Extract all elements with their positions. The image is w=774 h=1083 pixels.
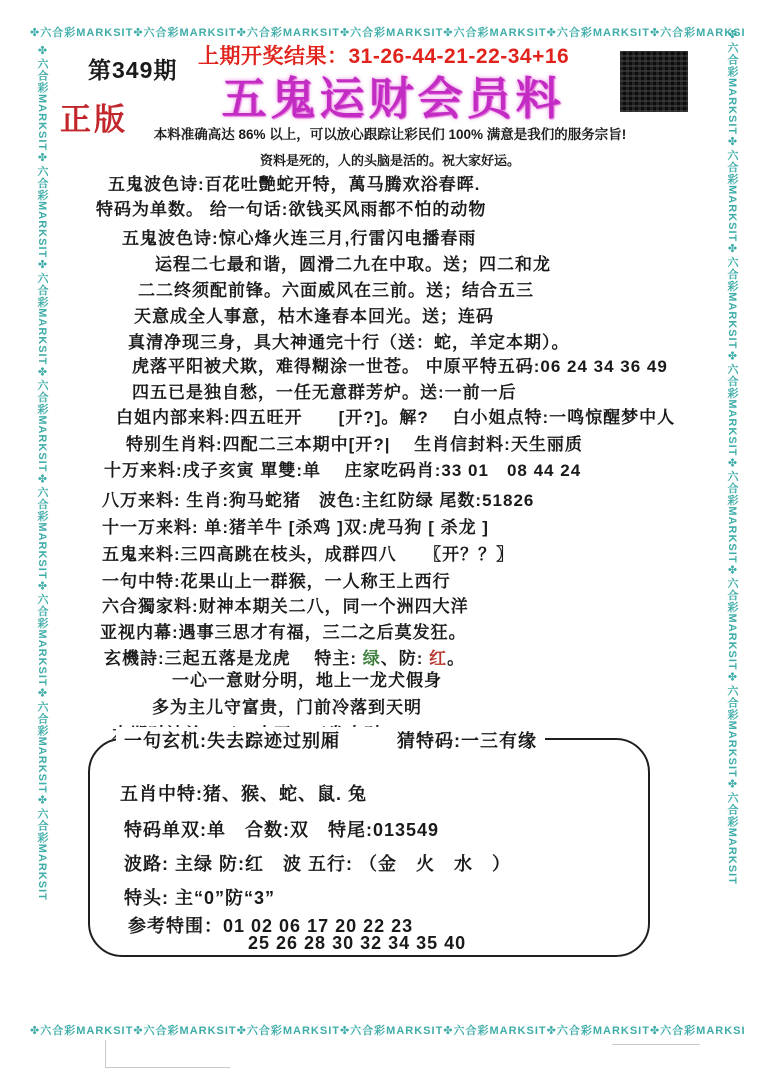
body-line: 亚视内幕:遇事三思才有福，三二之后莫发狂。 — [100, 618, 467, 643]
body-line: 五鬼波色诗:百花吐艷蛇开特，萬马腾欢浴春晖. — [108, 170, 480, 195]
body-line: 十一万来料: 单:猪羊牛 [杀鸡 ]双:虎马狗 [ 杀龙 ] — [102, 513, 489, 538]
five-zodiac-line: 五肖中特:猪、猴、蛇、鼠. 兔 — [120, 780, 367, 806]
watermark-border-right: ✤六合彩MARKSIT✤六合彩MARKSIT✤六合彩MARKSIT✤六合彩MAR… — [720, 28, 740, 1018]
reference-numbers-line2: 25 26 28 30 32 34 35 40 — [248, 933, 466, 954]
body-line: 八万来料: 生肖:狗马蛇猪 波色:主红防绿 尾数:51826 — [102, 486, 534, 511]
body-line: 虎落平阳被犬欺，难得糊涂一世苍。 中原平特五码:06 24 34 36 49 — [132, 352, 668, 377]
body-line: 多为主儿守富贵，门前冷落到天明 — [152, 693, 422, 718]
body-line-segment: 。 — [447, 649, 465, 668]
scan-artifact-line — [612, 1044, 700, 1045]
body-line: 六合獨家料:财神本期关二八，同一个洲四大洋 — [102, 592, 469, 617]
watermark-border-left: ✤六合彩MARKSIT✤六合彩MARKSIT✤六合彩MARKSIT✤六合彩MAR… — [30, 44, 50, 1016]
body-line: 四五已是独自愁，一任无意群芳炉。送:一前一后 — [132, 378, 517, 403]
body-line: 十万来料:戌子亥寅 單雙:单 庄家吃码肖:33 01 08 44 24 — [104, 456, 581, 481]
body-line: 特别生肖料:四配二三本期中[开?| 生肖信封料:天生丽质 — [126, 430, 583, 455]
body-line: 二二终须配前锋。六面威风在三前。送；结合五三 — [138, 276, 534, 301]
body-line: 一句中特:花果山上一群猴，一人称王上西行 — [102, 567, 451, 592]
scanned-lottery-sheet: { "border": { "pattern": "✤六合彩MARKSIT", … — [0, 0, 774, 1083]
body-line: 真清净现三身，具大神通完十行（送：蛇，羊定本期）。 — [128, 328, 570, 353]
odd-even-line: 特码单双:单 合数:双 特尾:013549 — [124, 816, 439, 842]
body-line: 五鬼来料:三四高跳在枝头，成群四八 〖开？？〗 — [102, 540, 514, 565]
body-line: 白姐内部来料:四五旺开 [开?]。解? 白小姐点特:一鸣惊醒梦中人 — [116, 403, 675, 428]
special-head-line: 特头: 主“0”防“3” — [124, 884, 275, 910]
wave-color-line: 波路: 主绿 防:红 波 五行: （金 火 水 ） — [124, 850, 511, 876]
scan-artifact-line — [105, 1040, 106, 1068]
body-line: 一心一意财分明，地上一龙犬假身 — [172, 666, 442, 691]
scan-artifact-line — [105, 1067, 230, 1068]
body-line: 运程二七最和谐，圆滑二九在中取。送；四二和龙 — [155, 250, 551, 275]
mystery-phrase-line: 一句玄机:失去踪迹过别厢 猜特码:一三有缘 — [116, 727, 545, 753]
body-line: 五鬼波色诗:惊心烽火连三月,行雷闪电播春雨 — [122, 224, 476, 249]
summary-box: 一句玄机:失去踪迹过别厢 猜特码:一三有缘 五肖中特:猪、猴、蛇、鼠. 兔 特码… — [88, 738, 650, 957]
body-line: 特码为单数。 给一句话:欲钱买风雨都不怕的动物 — [96, 195, 486, 220]
body-line: 天意成全人事意，枯木逢春本回光。送；连码 — [134, 302, 494, 327]
